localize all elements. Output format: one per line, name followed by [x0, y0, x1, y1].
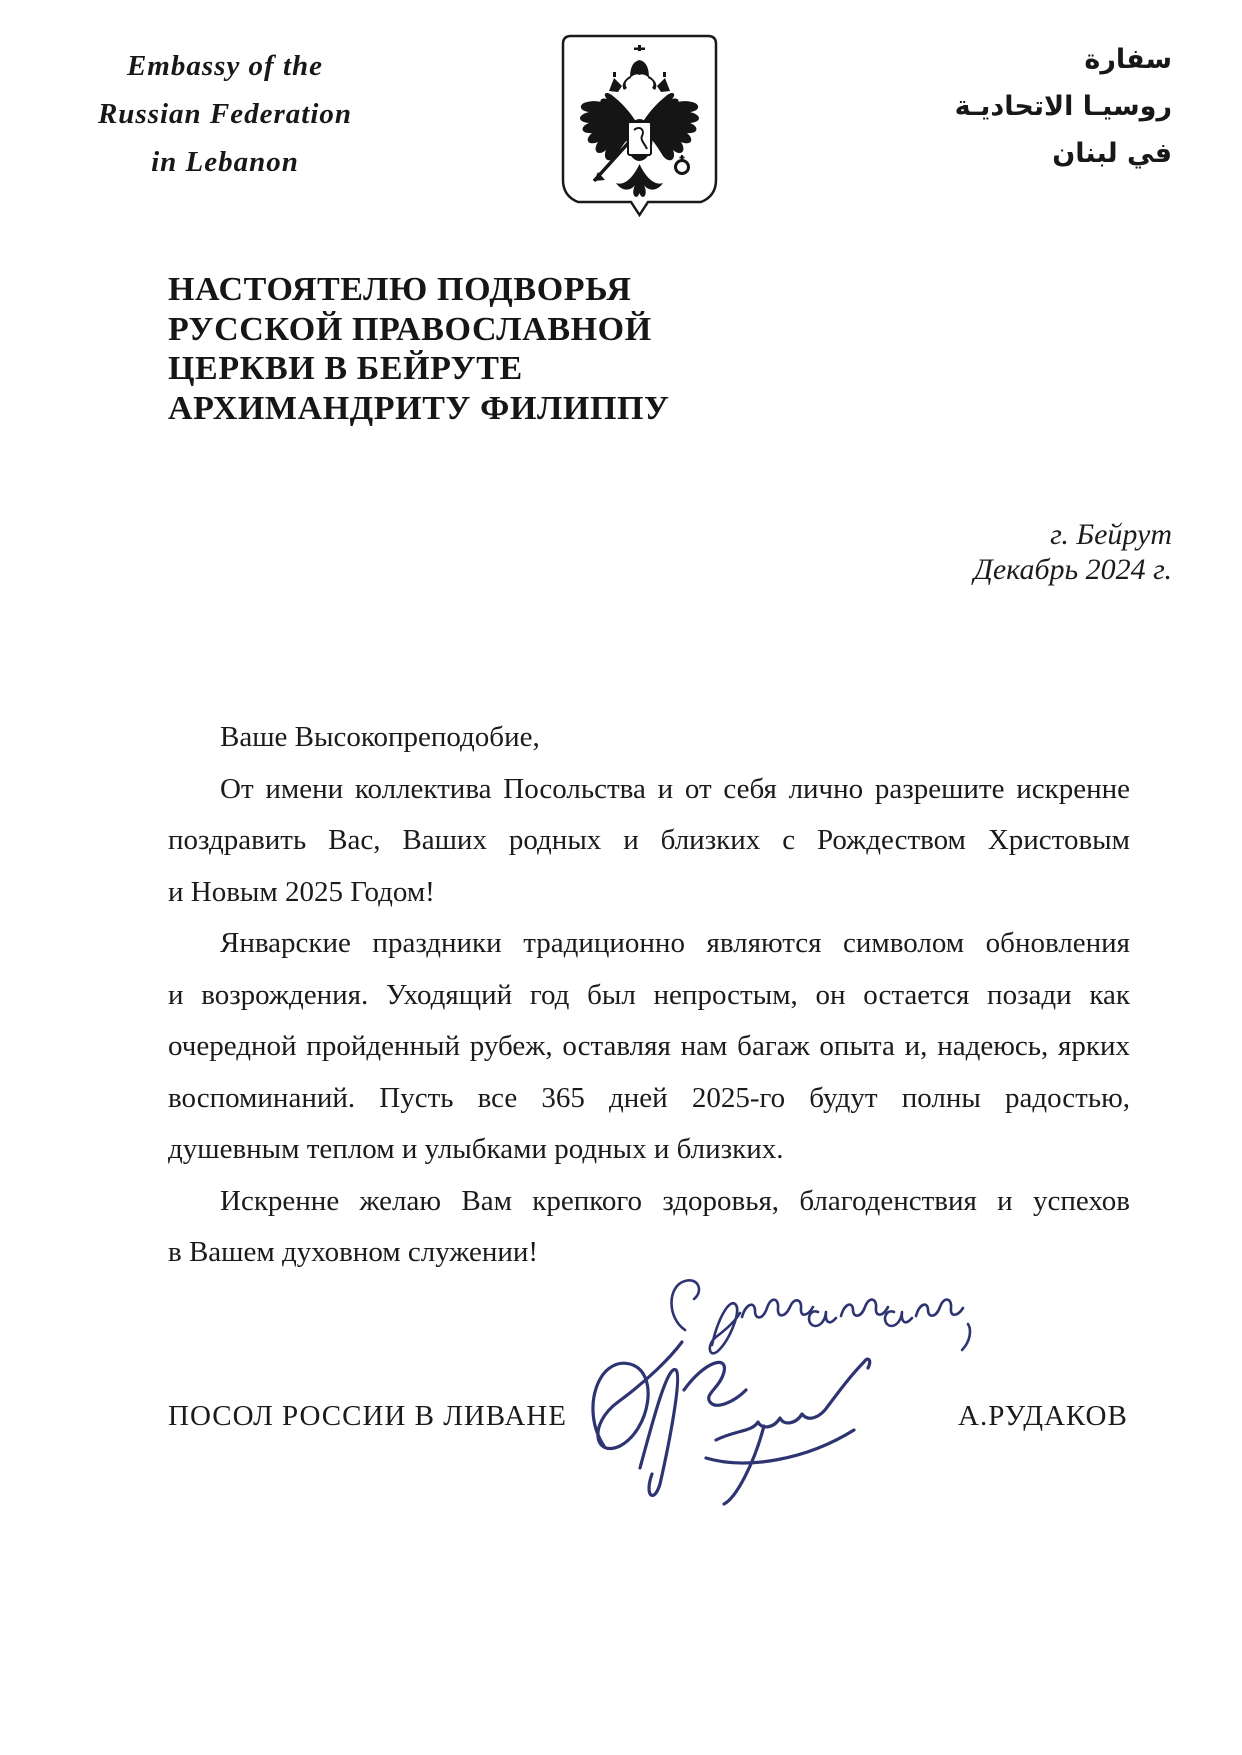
body-paragraph: Январские праздники традиционно являются…	[168, 918, 1130, 1176]
body-line: и возрождения. Уходящий год был непросты…	[168, 970, 1130, 1022]
dateline-place: г. Бейрут	[974, 517, 1172, 552]
body-line: очередной пройденный рубеж, оставляя нам…	[168, 1021, 1130, 1073]
embassy-name-english: Embassy of theRussian Federationin Leban…	[60, 42, 390, 186]
body-line: воспоминаний. Пусть все 365 дней 2025-го…	[168, 1073, 1130, 1125]
embassy-name-arabic-line: في لبنان	[842, 130, 1172, 177]
sender-name: А.РУДАКОВ	[958, 1400, 1128, 1433]
body-line: поздравить Вас, Ваших родных и близких с…	[168, 815, 1130, 867]
russian-coat-of-arms-icon	[561, 34, 718, 221]
body-line: Ваше Высокопреподобие,	[168, 712, 1130, 764]
embassy-name-arabic-line: سفارة	[842, 36, 1172, 83]
letter-body: Ваше Высокопреподобие,От имени коллектив…	[168, 712, 1130, 1279]
embassy-name-english-line: in Lebanon	[60, 138, 390, 186]
letter-page: Embassy of theRussian Federationin Leban…	[0, 0, 1242, 1755]
body-line: и Новым 2025 Годом!	[168, 867, 1130, 919]
embassy-name-english-line: Russian Federation	[60, 90, 390, 138]
body-line: душевным теплом и улыбками родных и близ…	[168, 1124, 1130, 1176]
addressee-line: ЦЕРКВИ В БЕЙРУТЕ	[168, 349, 670, 389]
addressee-line: РУССКОЙ ПРАВОСЛАВНОЙ	[168, 310, 670, 350]
addressee-line: АРХИМАНДРИТУ ФИЛИППУ	[168, 389, 670, 429]
sender-title: ПОСОЛ РОССИИ В ЛИВАНЕ	[168, 1400, 567, 1433]
body-paragraph: От имени коллектива Посольства и от себя…	[168, 764, 1130, 919]
body-line: Искренне желаю Вам крепкого здоровья, бл…	[168, 1176, 1130, 1228]
dateline: г. Бейрут Декабрь 2024 г.	[974, 517, 1172, 587]
embassy-name-english-line: Embassy of the	[60, 42, 390, 90]
body-paragraph: Ваше Высокопреподобие,	[168, 712, 1130, 764]
embassy-name-arabic: سفارةروسيـا الاتحاديـةفي لبنان	[842, 36, 1172, 177]
addressee-block: НАСТОЯТЕЛЮ ПОДВОРЬЯРУССКОЙ ПРАВОСЛАВНОЙЦ…	[168, 270, 670, 428]
body-line: Январские праздники традиционно являются…	[168, 918, 1130, 970]
dateline-date: Декабрь 2024 г.	[974, 552, 1172, 587]
embassy-name-arabic-line: روسيـا الاتحاديـة	[842, 83, 1172, 130]
body-line: От имени коллектива Посольства и от себя…	[168, 764, 1130, 816]
addressee-line: НАСТОЯТЕЛЮ ПОДВОРЬЯ	[168, 270, 670, 310]
ambassador-signature	[568, 1298, 968, 1506]
